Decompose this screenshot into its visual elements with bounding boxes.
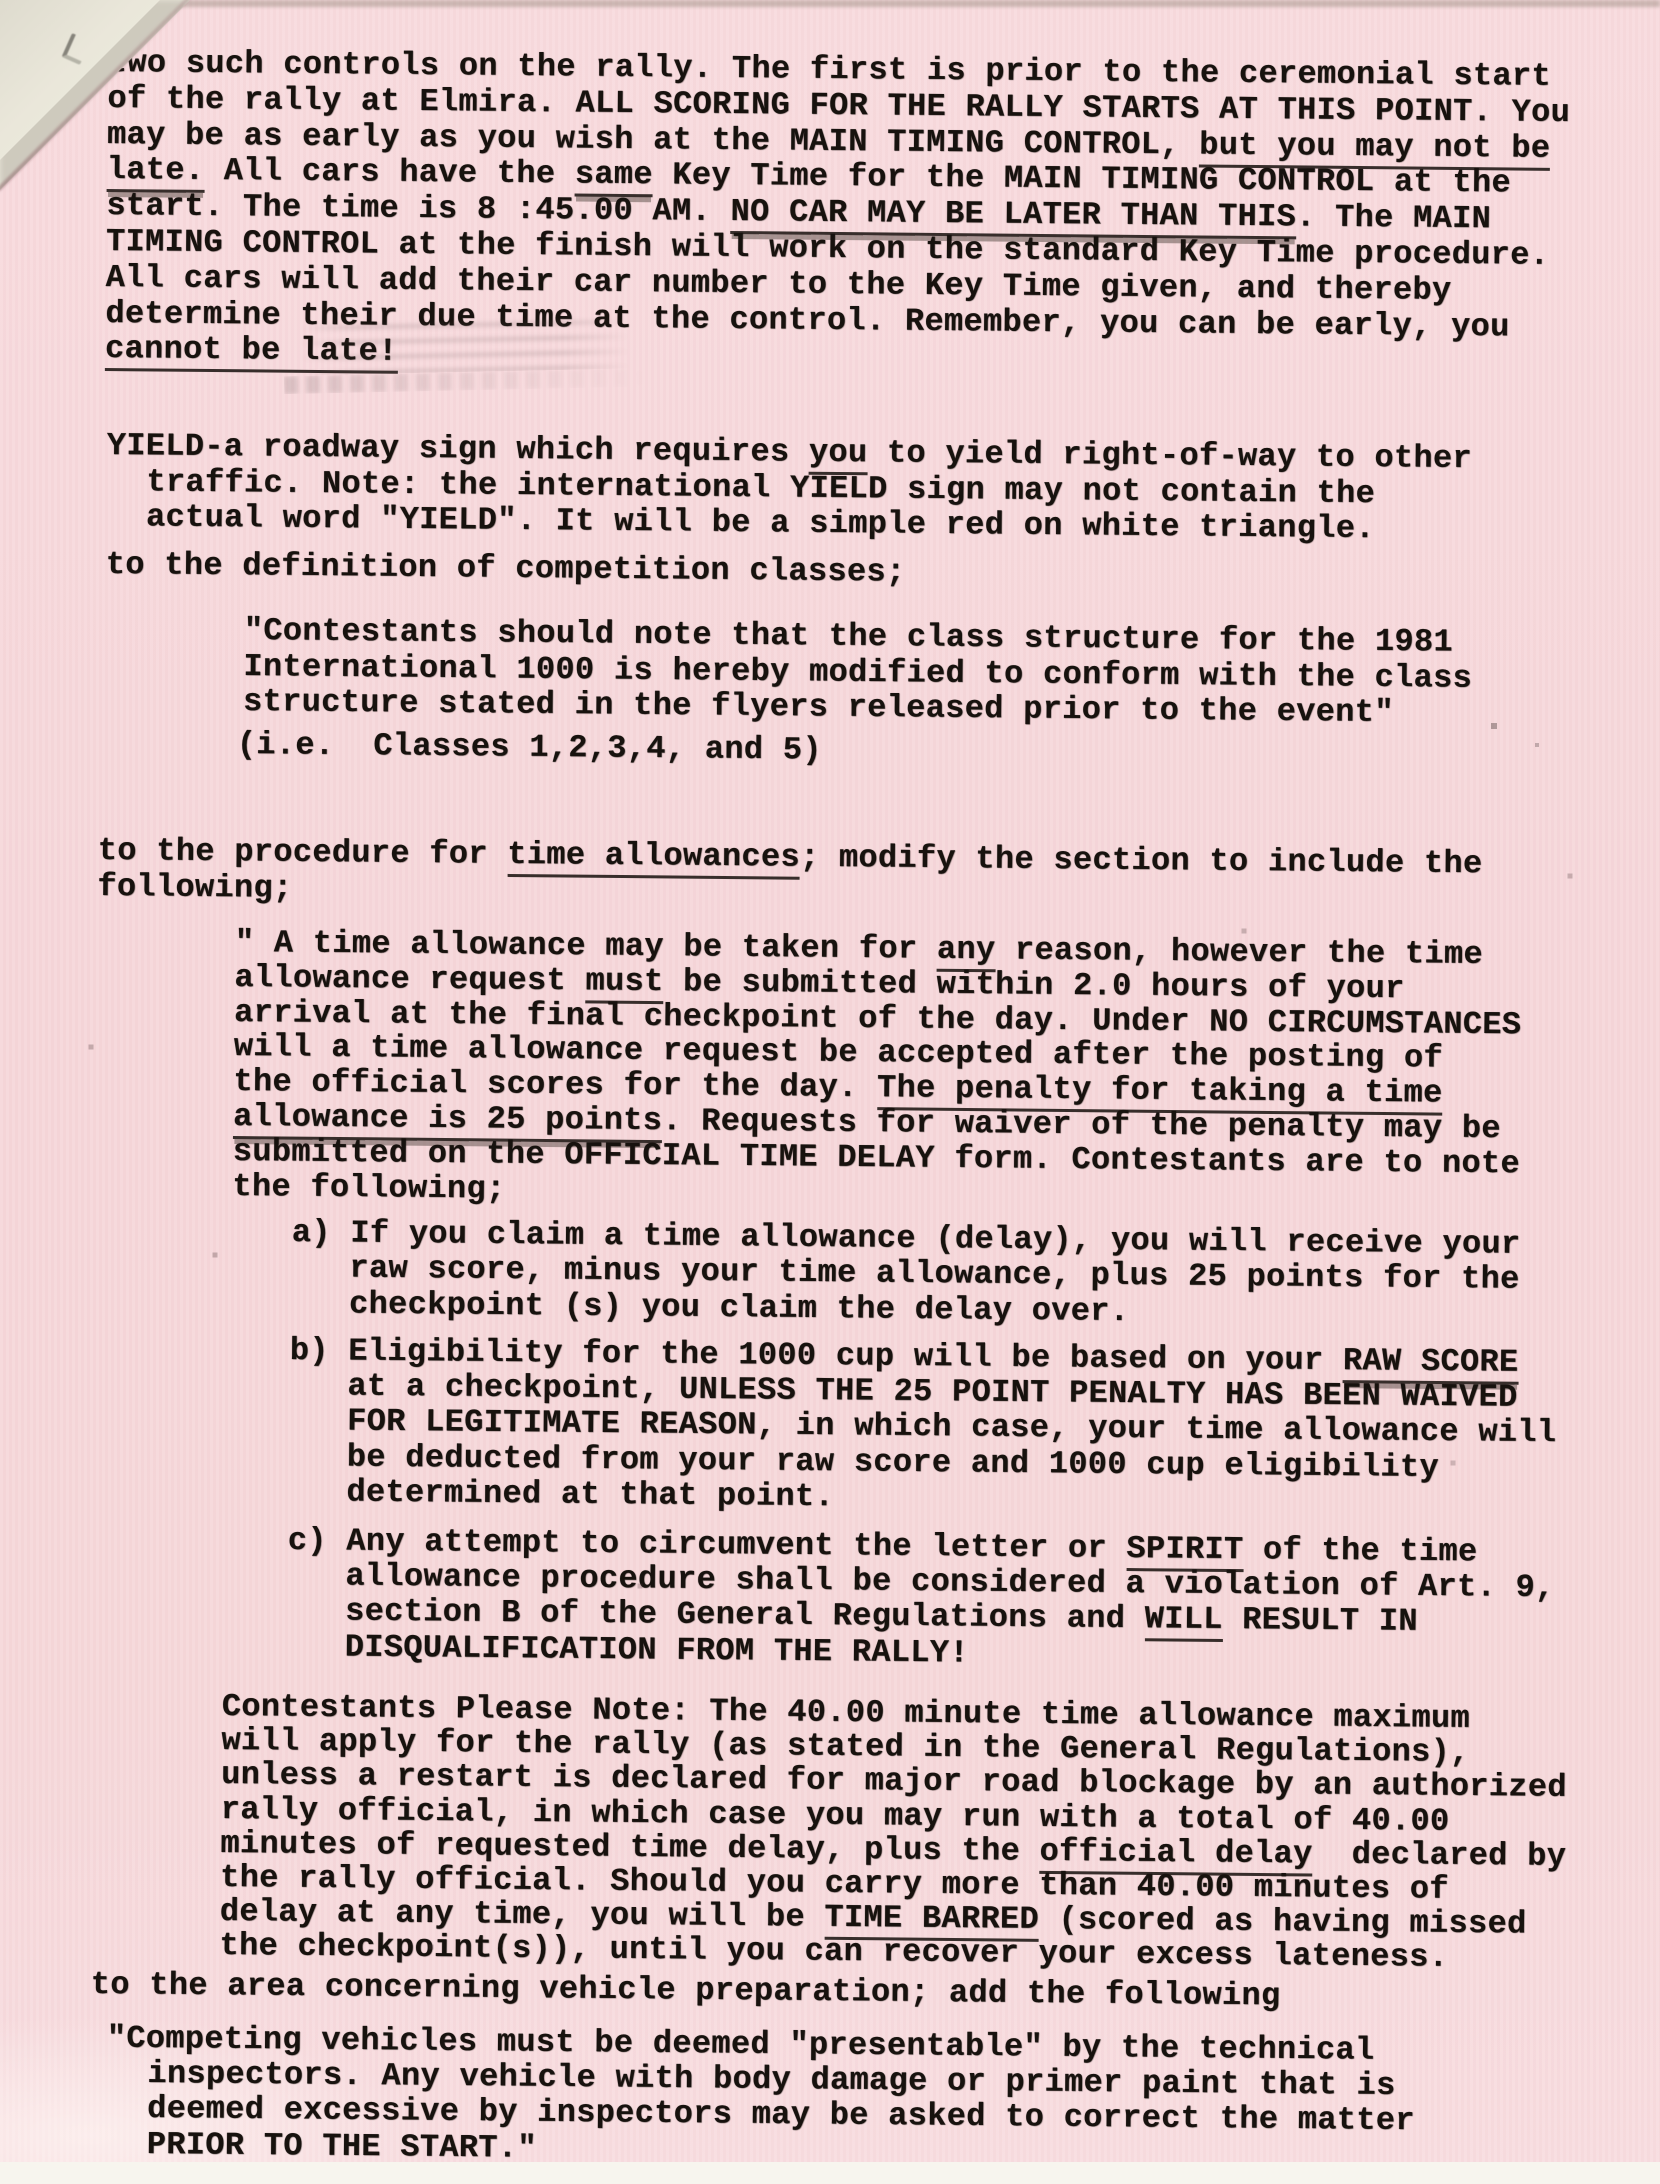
text-line: to the area concerning vehicle preparati… (91, 1966, 1281, 2013)
pink-paper-page: two such controls on the rally. The firs… (0, 0, 1660, 2162)
text-segment: to the definition of competition classes… (106, 546, 906, 591)
list-item-c: c) Any attempt to circumvent the letter … (287, 1522, 1555, 1675)
text-segment: to the procedure for (98, 832, 508, 873)
text-line: (i.e. Classes 1,2,3,4, and 5) (237, 726, 822, 767)
text-segment: to the area concerning vehicle preparati… (91, 1966, 1281, 2014)
para-contestants-note: Contestants Please Note: The 40.00 minut… (219, 1688, 1567, 1974)
text-segment: allowance request (234, 959, 585, 999)
para-yield-definition: YIELD-a roadway sign which requires you … (106, 427, 1472, 547)
text-segment: All cars have the (204, 152, 575, 193)
text-segment: of the time (1243, 1531, 1477, 1570)
line-vehicle-preparation: to the area concerning vehicle preparati… (91, 1966, 1281, 2013)
line-competition-classes: to the definition of competition classes… (106, 546, 906, 589)
para-time-allowances-intro: to the procedure for time allowances; mo… (97, 832, 1482, 916)
text-segment: determined at that point. (346, 1473, 834, 1515)
underlined-text-segment: time allowances (507, 836, 800, 880)
text-segment: . The MAIN (1296, 199, 1491, 238)
list-item-a: a) If you claim a time allowance (delay)… (291, 1214, 1521, 1332)
quote-time-allowance-rules: " A time allowance may be taken for any … (232, 924, 1522, 1215)
text-segment: RESULT IN (1223, 1601, 1418, 1640)
text-segment: declared by (1312, 1835, 1566, 1874)
typewritten-document-text: two such controls on the rally. The firs… (0, 0, 1660, 2162)
text-segment: PRIOR TO THE START." (147, 2126, 537, 2167)
text-segment: the following; (232, 1168, 505, 1208)
text-line: to the definition of competition classes… (106, 546, 906, 589)
list-item-b: b) Eligibility for the 1000 cup will be … (288, 1332, 1557, 1520)
ink-bleed-smudge (299, 315, 630, 376)
scanned-page: { "page": { "kind": "scanned typewritten… (0, 0, 1660, 2184)
line-classes-list: (i.e. Classes 1,2,3,4, and 5) (237, 726, 822, 767)
text-segment: following; (97, 868, 292, 907)
text-segment: checkpoint (s) you claim the delay over. (349, 1285, 1129, 1329)
quote-presentable-vehicles: "Competing vehicles must be deemed "pres… (147, 2020, 1416, 2173)
text-segment: DISQUALIFICATION FROM THE RALLY! (345, 1628, 969, 1671)
text-segment: ; modify the section to include the (800, 839, 1483, 883)
text-segment: (i.e. Classes 1,2,3,4, and 5) (237, 726, 822, 769)
quote-class-structure: "Contestants should note that the class … (243, 612, 1473, 731)
underlined-text-segment: WILL (1145, 1601, 1223, 1643)
